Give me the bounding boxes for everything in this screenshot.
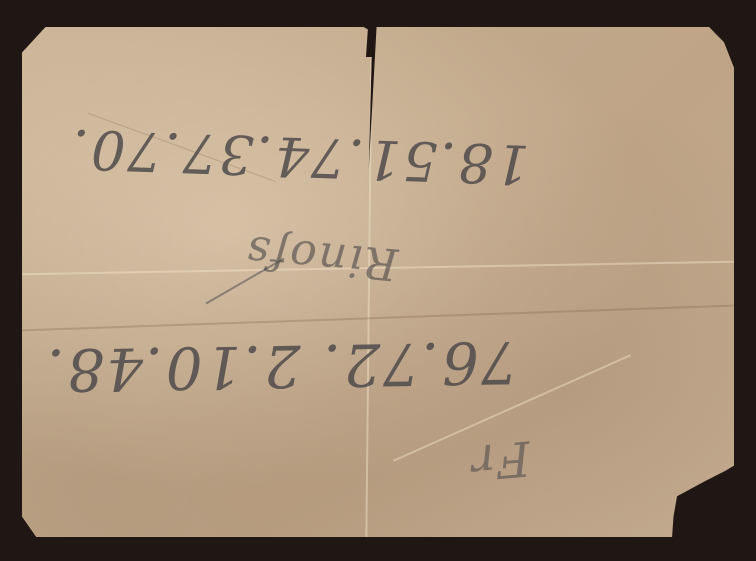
- tear: [366, 27, 374, 57]
- crease: [22, 305, 734, 332]
- handwriting-scribble: Fr: [468, 429, 533, 490]
- handwriting-line-3: 76.72. 2.10.48.: [44, 328, 518, 404]
